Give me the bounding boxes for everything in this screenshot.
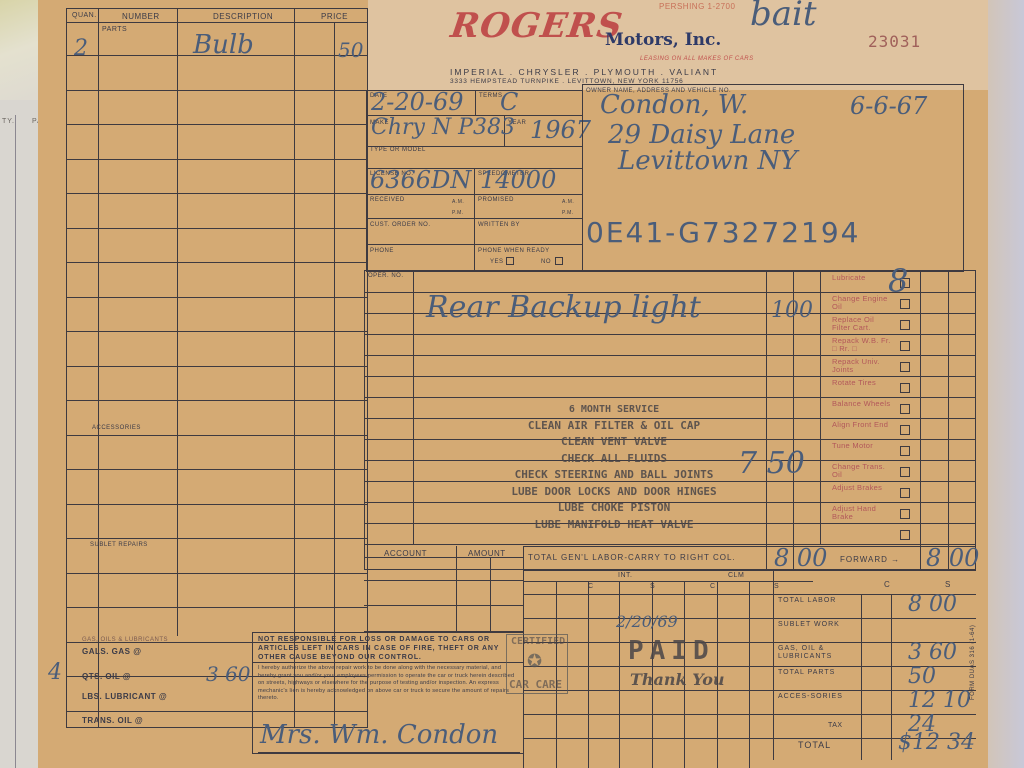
tagline: LEASING ON ALL MAKES OF CARS <box>640 56 754 62</box>
checklist-label: Rotate Tires <box>832 379 892 387</box>
totals-value: 12 10 <box>908 688 971 713</box>
gas-oil-section-label: GAS, OILS & LUBRICANTS <box>82 637 168 643</box>
totals-value: 8 00 <box>908 592 957 617</box>
received-pm: P.M. <box>452 210 464 216</box>
checklist-label: Lubricate <box>832 274 892 282</box>
type-label: TYPE OR MODEL <box>370 147 426 153</box>
checklist-checkbox[interactable] <box>900 299 910 309</box>
col-price: PRICE <box>321 12 348 21</box>
work-amount-1: 100 <box>771 298 813 323</box>
totals-label: SUBLET WORK <box>778 621 858 629</box>
work-row-line <box>364 544 976 545</box>
int-col-line <box>619 581 620 768</box>
part-price: 50 <box>338 38 363 62</box>
promised-am: A.M. <box>562 199 574 205</box>
phone-label: PHONE <box>370 248 394 254</box>
checklist-checkbox[interactable] <box>900 488 910 498</box>
total-labor-label: TOTAL GEN'L LABOR-CARRY TO RIGHT COL. <box>528 553 736 562</box>
parts-table <box>66 8 368 728</box>
checklist-label: Tune Motor <box>832 442 892 450</box>
parts-row-line <box>66 297 368 298</box>
brands: IMPERIAL . CHRYSLER . PLYMOUTH . VALIANT <box>450 67 718 77</box>
totals-label: TAX <box>828 722 843 729</box>
checklist-mark: 8 <box>888 262 908 300</box>
phone-ready-label: PHONE WHEN READY <box>478 248 550 254</box>
checklist-checkbox[interactable] <box>900 362 910 372</box>
parts-row-line <box>66 193 368 194</box>
col-number: NUMBER <box>122 12 160 21</box>
stamp-line: LUBE CHOKE PISTON <box>494 501 734 514</box>
parts-row-line <box>66 331 368 332</box>
int-col-line <box>749 581 750 768</box>
checklist-checkbox[interactable] <box>900 383 910 393</box>
date-value: 2-20-69 <box>371 88 464 116</box>
promised-label: PROMISED <box>478 197 514 203</box>
total-value: $12 34 <box>898 730 975 755</box>
parts-row-line <box>66 90 368 91</box>
car-care-text: CAR CARE <box>509 678 562 691</box>
int-row-line <box>523 738 773 739</box>
paid-stamp: PAID <box>628 636 715 666</box>
owner-name: Condon, W. <box>600 90 748 120</box>
parts-row-line <box>66 400 368 401</box>
stamp-line: CLEAN AIR FILTER & OIL CAP <box>494 419 734 432</box>
vehicle-number: 0E41-G73272194 <box>586 216 860 249</box>
make-value: Chry N P383 <box>371 115 515 140</box>
checklist-checkbox[interactable] <box>900 467 910 477</box>
account-row-line <box>364 605 524 606</box>
stamp-line: CLEAN VENT VALVE <box>494 435 734 448</box>
checklist-label: Change Engine Oil <box>832 295 892 311</box>
account-row-line <box>364 580 524 581</box>
totals-row-line <box>773 666 976 667</box>
service-stamp: 6 MONTH SERVICECLEAN AIR FILTER & OIL CA… <box>494 404 734 534</box>
checklist-checkbox[interactable] <box>900 509 910 519</box>
checklist-label: Adjust Hand Brake <box>832 505 892 521</box>
amount-label: AMOUNT <box>468 549 506 558</box>
work-amount-2: 7 50 <box>738 446 805 481</box>
order-number: 23031 <box>868 32 921 51</box>
parts-row-line <box>66 607 368 608</box>
phone: PERSHING 1-2700 <box>659 2 735 11</box>
forward-value: 8 00 <box>926 544 979 572</box>
oper-label: OPER. NO. <box>368 273 404 279</box>
thank-you-stamp: Thank You <box>630 670 725 689</box>
section-sublet: SUBLET REPAIRS <box>90 542 148 548</box>
oil-amount: 3 60 <box>206 662 251 686</box>
checklist-checkbox[interactable] <box>900 425 910 435</box>
total-label: TOTAL <box>798 740 831 750</box>
lubricant-label: LBS. LUBRICANT @ <box>82 692 172 701</box>
totals-row-line <box>773 714 976 715</box>
totals-col-c: C <box>884 580 890 589</box>
oil-qty: 4 <box>48 660 62 685</box>
phone-ready-yes-checkbox[interactable] <box>506 257 514 265</box>
authorization-text: I hereby authorize the above repair work… <box>258 665 520 703</box>
totals-value: 50 <box>908 664 936 689</box>
checklist-label: Replace Oil Filter Cart. <box>832 316 892 332</box>
stamp-line: 6 MONTH SERVICE <box>494 404 734 415</box>
received-am: A.M. <box>452 199 464 205</box>
clm-s: S <box>774 583 779 590</box>
work-row-line <box>364 376 976 377</box>
work-row-line <box>364 397 976 398</box>
forward-label: FORWARD → <box>840 555 900 564</box>
stamp-line: LUBE MANIFOLD HEAT VALVE <box>494 518 734 531</box>
int-col-line <box>588 581 589 768</box>
work-row-line <box>364 355 976 356</box>
parts-row-line <box>66 435 368 436</box>
checklist-checkbox[interactable] <box>900 446 910 456</box>
checklist-label: Balance Wheels <box>832 400 892 408</box>
parts-row-line <box>66 124 368 125</box>
owner-date: 6-6-67 <box>850 92 927 120</box>
col-description: DESCRIPTION <box>213 12 273 21</box>
promised-pm: P.M. <box>562 210 574 216</box>
col-quan: QUAN. <box>72 12 97 19</box>
part-description: Bulb <box>193 30 254 60</box>
section-accessories: ACCESSORIES <box>92 425 141 431</box>
bg-line <box>15 115 16 768</box>
int-row-line <box>523 714 773 715</box>
logo-motors: Motors, Inc. <box>605 30 721 50</box>
pentastar-icon: ✪ <box>527 651 542 672</box>
clm-label: CLM <box>728 572 744 579</box>
yes-label: YES <box>490 259 504 265</box>
total-labor-value: 8 00 <box>774 544 827 572</box>
gas-label: GALS. GAS @ <box>82 647 142 656</box>
totals-label: TOTAL LABOR <box>778 597 858 605</box>
checklist-checkbox[interactable] <box>900 341 910 351</box>
stamp-line: CHECK STEERING AND BALL JOINTS <box>494 468 734 481</box>
parts-row-line <box>66 159 368 160</box>
part-qty: 2 <box>74 36 88 61</box>
bg-label-qty: TY. <box>2 118 15 125</box>
terms-label: TERMS <box>479 93 503 99</box>
totals-label: TOTAL PARTS <box>778 669 858 677</box>
parts-row-line <box>66 228 368 229</box>
trans-oil-label: TRANS. OIL @ <box>82 716 143 725</box>
speedometer-value: 14000 <box>480 166 556 194</box>
logo-rogers: Rogers <box>448 6 625 46</box>
checklist-checkbox[interactable] <box>900 320 910 330</box>
parts-row-line <box>66 262 368 263</box>
account-col-line <box>490 557 491 631</box>
work-description: Rear Backup light <box>426 290 701 325</box>
stamp-line: CHECK ALL FLUIDS <box>494 452 734 465</box>
work-row-line <box>364 334 976 335</box>
oil-label: QTS. OIL @ <box>82 672 131 681</box>
parts-row-line <box>66 366 368 367</box>
parts-row-line <box>66 573 368 574</box>
totals-value: 3 60 <box>908 640 957 665</box>
disclaimer-bold: NOT RESPONSIBLE FOR LOSS OR DAMAGE TO CA… <box>258 635 520 662</box>
totals-col-s: S <box>945 580 951 589</box>
parts-row-line <box>66 538 368 539</box>
certified-text: CERTIFIED <box>511 636 565 647</box>
owner-city: Levittown NY <box>618 146 797 176</box>
parts-row-line <box>66 504 368 505</box>
no-label: NO <box>541 259 551 265</box>
section-parts: PARTS <box>102 26 127 33</box>
paid-date: 2/20/69 <box>616 612 678 631</box>
checklist-label: Repack Univ. Joints <box>832 358 892 374</box>
totals-row-line <box>773 618 976 619</box>
totals-label: GAS, OIL & LUBRICANTS <box>778 645 858 661</box>
repair-order-form: QUAN. NUMBER DESCRIPTION PRICE PARTS ACC… <box>38 0 988 768</box>
cust-order-label: CUST. ORDER NO. <box>370 222 431 228</box>
clm-c: C <box>710 583 716 590</box>
form-id: FORM DUAS 316 (1-64) <box>970 625 976 700</box>
customer-signature: Mrs. Wm. Condon <box>260 720 498 750</box>
certified-car-care-stamp: CERTIFIED ✪ CAR CARE <box>506 634 568 694</box>
received-label: RECEIVED <box>370 197 405 203</box>
checklist-label: Align Front End <box>832 421 892 429</box>
phone-ready-no-checkbox[interactable] <box>555 257 563 265</box>
account-label: ACCOUNT <box>384 549 427 558</box>
checklist-label: Change Trans. Oil <box>832 463 892 479</box>
handwritten-note: bait <box>750 0 817 34</box>
int-label: INT. <box>618 572 632 579</box>
checklist-checkbox[interactable] <box>900 404 910 414</box>
checklist-label: Repack W.B. Fr. □ Rr. □ <box>832 337 892 353</box>
checklist-label: Adjust Brakes <box>832 484 892 492</box>
license-value: 6366DN <box>370 166 471 194</box>
written-by-label: WRITTEN BY <box>478 222 520 228</box>
parts-row-line <box>66 469 368 470</box>
stamp-line: LUBE DOOR LOCKS AND DOOR HINGES <box>494 485 734 498</box>
terms-value: C <box>500 88 518 116</box>
totals-label: ACCES-SORIES <box>778 693 858 701</box>
checklist-checkbox[interactable] <box>900 530 910 540</box>
